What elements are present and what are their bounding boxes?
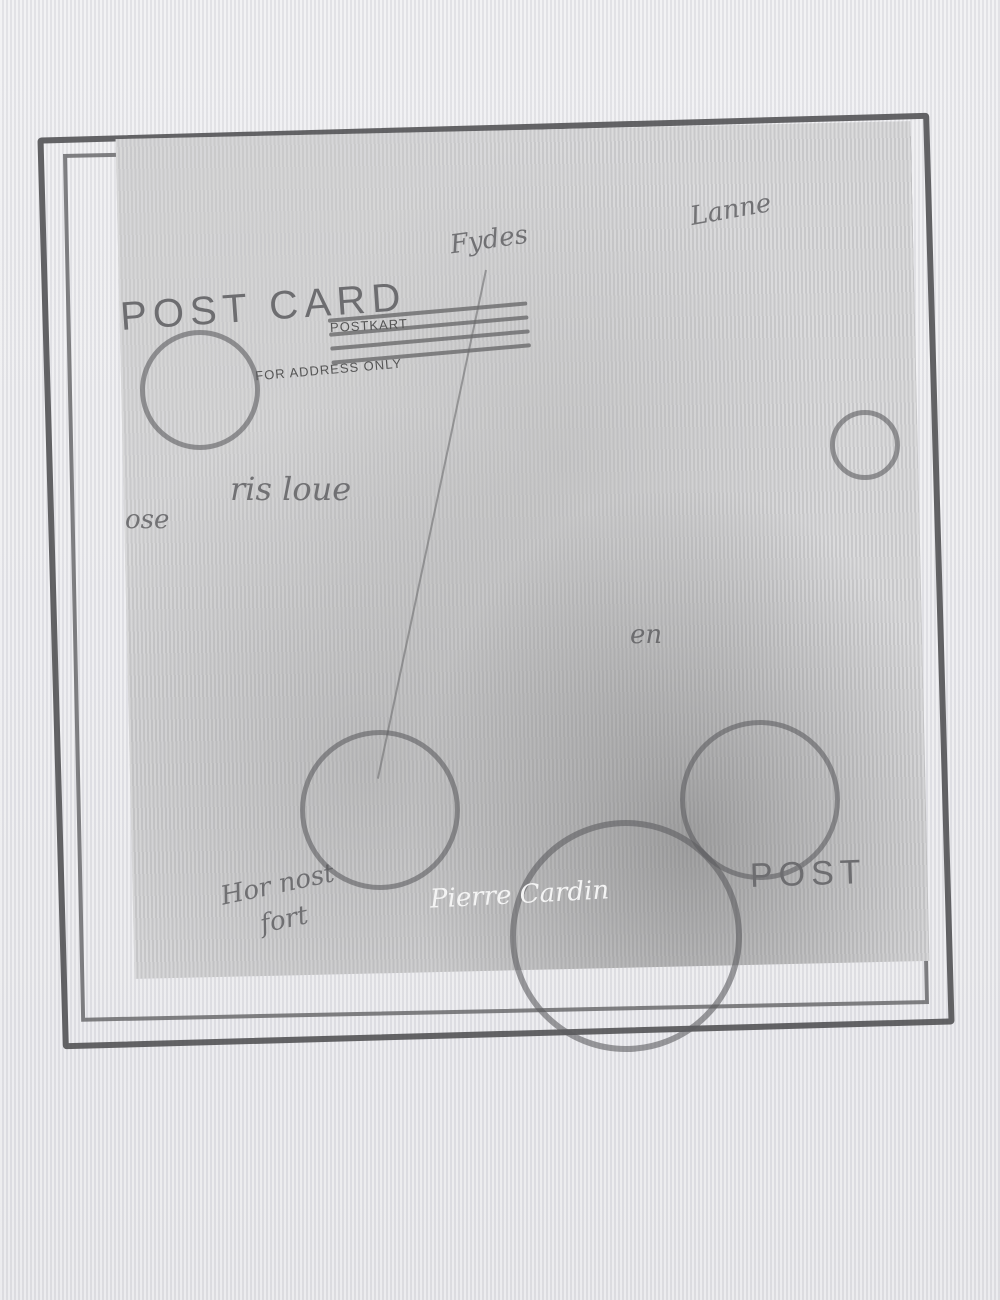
- handwriting: ose: [125, 505, 169, 535]
- postcard-print: POST CARD POSTKART FOR ADDRESS ONLY Fyde…: [30, 100, 950, 1060]
- tshirt-fabric: POST CARD POSTKART FOR ADDRESS ONLY Fyde…: [0, 0, 1000, 1300]
- postmark-stamp-icon: [830, 410, 900, 480]
- lower-stamp-text: POST: [749, 853, 867, 896]
- handwriting: en: [630, 620, 662, 650]
- postmark-stamp-icon: [140, 330, 260, 450]
- handwriting: ris loue: [230, 470, 351, 508]
